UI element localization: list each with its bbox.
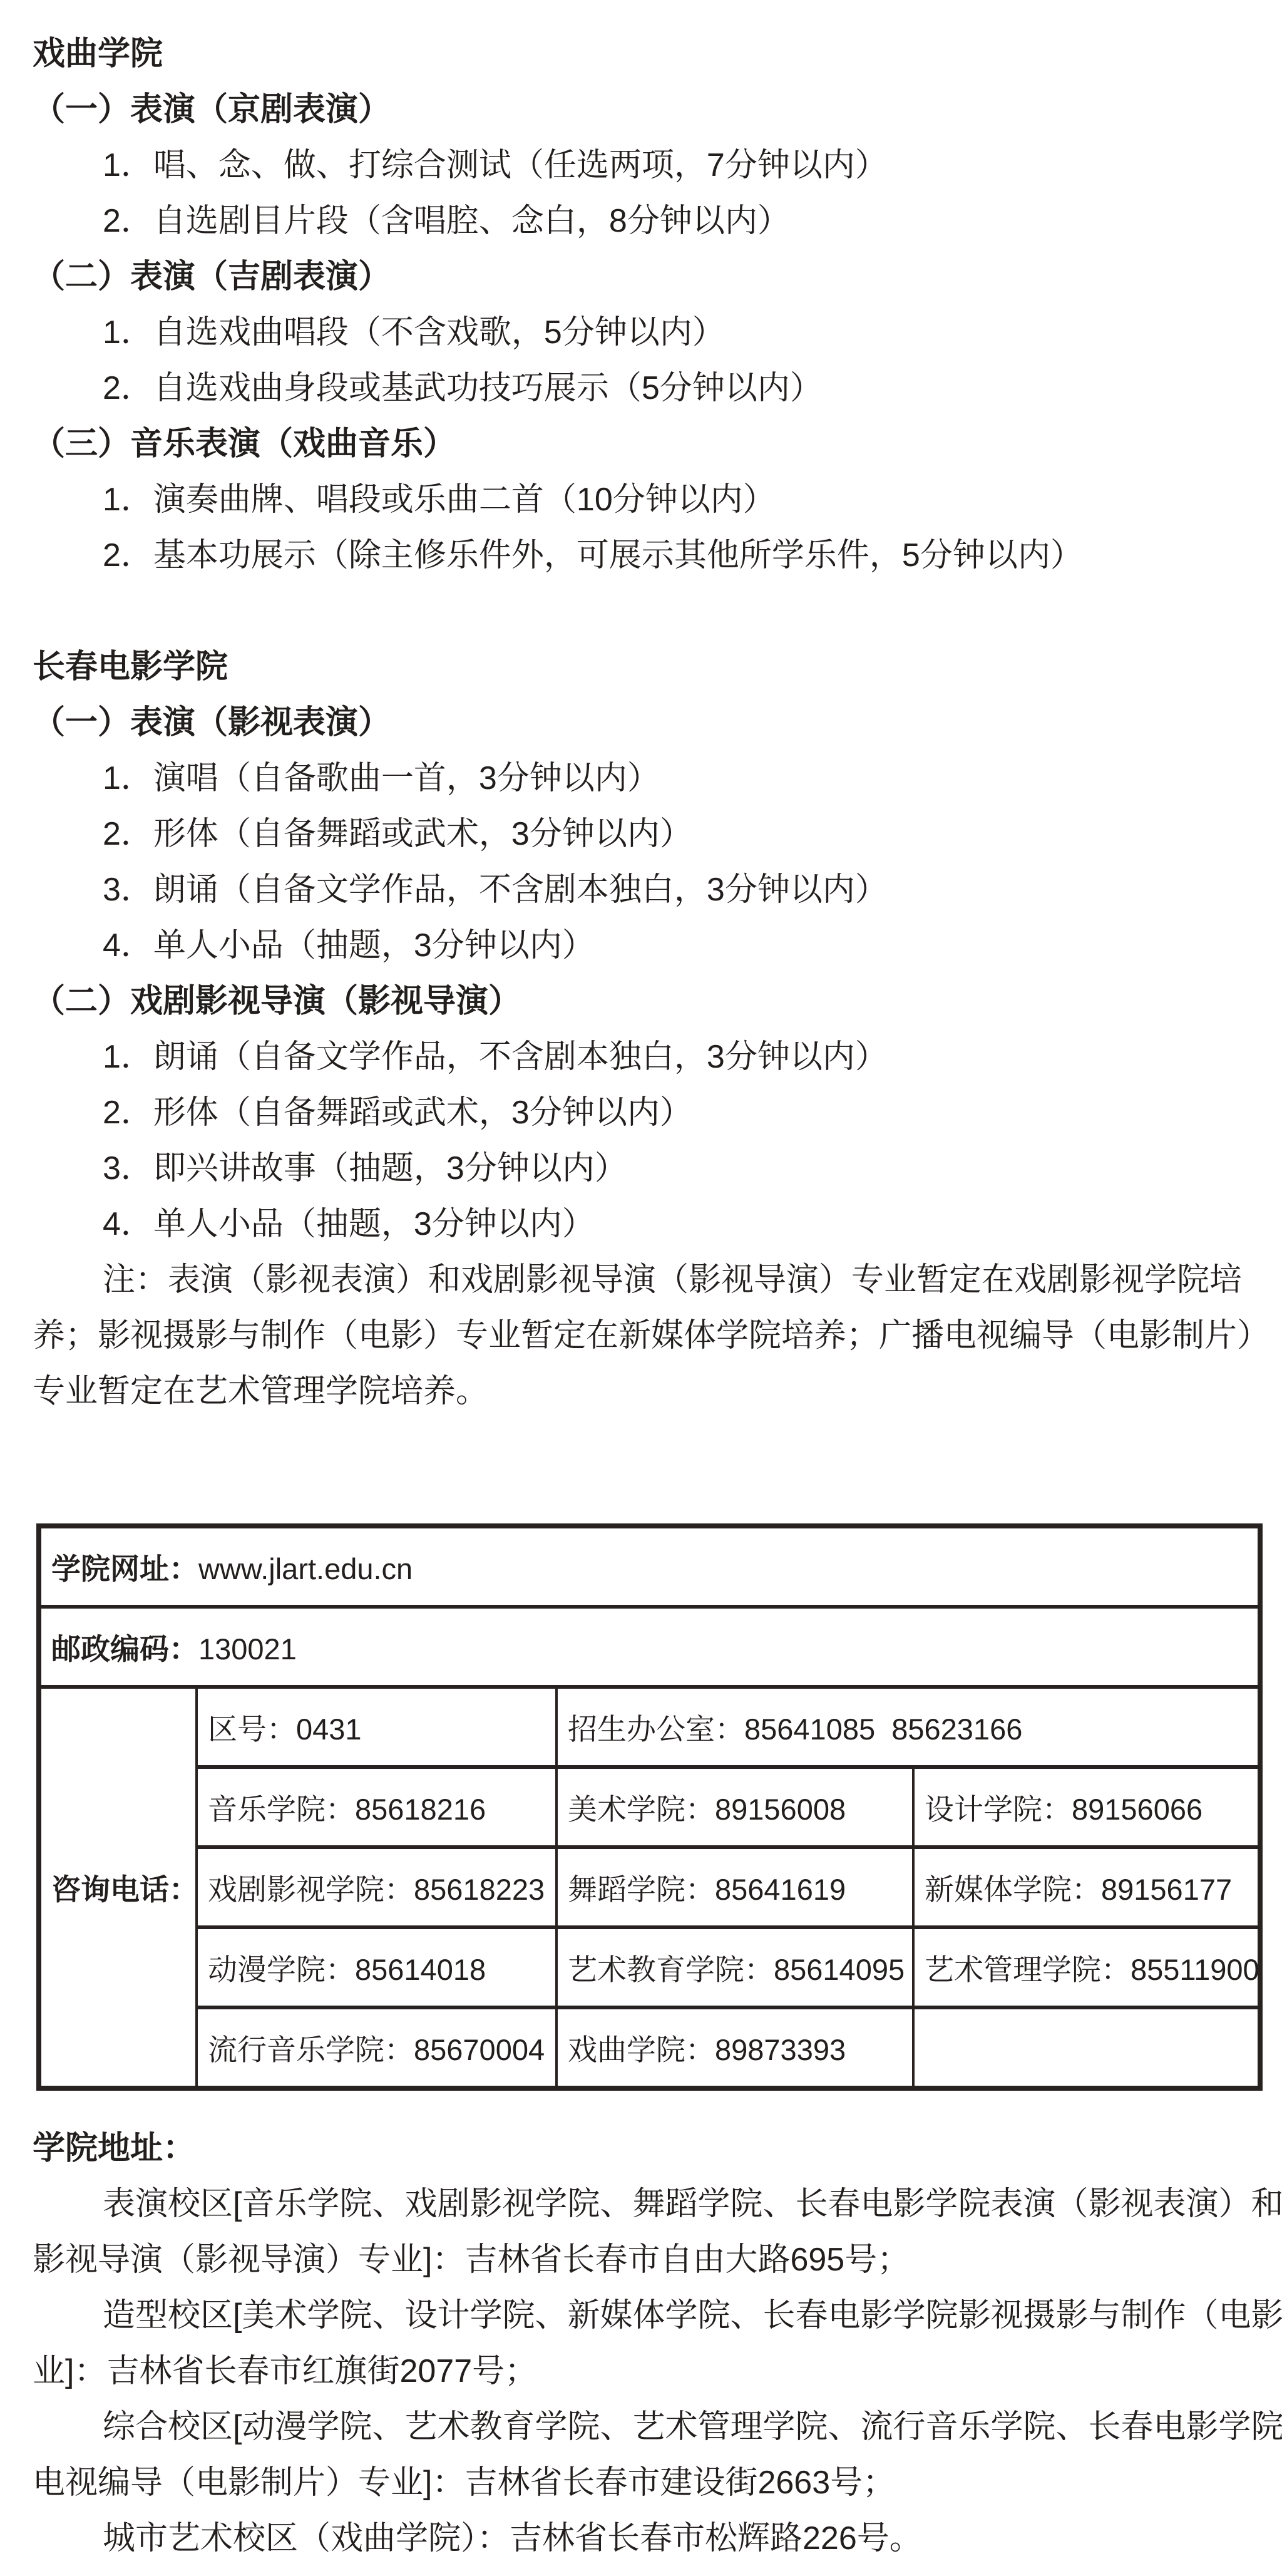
table-cell-phone: 戏曲学院：89873393	[556, 2007, 913, 2088]
list-item: 1．演唱（自备歌曲一首，3分钟以内）	[33, 751, 1247, 806]
website-value: www.jlart.edu.cn	[198, 1552, 413, 1585]
subsection-heading: （一）表演（京剧表演）	[33, 82, 1247, 138]
postcode-label: 邮政编码：	[51, 1632, 198, 1666]
table-cell-phone: 动漫学院：85614018	[197, 1927, 556, 2007]
table-cell-phone: 设计学院：89156066	[913, 1767, 1260, 1847]
table-cell-phone: 艺术管理学院：85511900	[913, 1927, 1260, 2007]
list-item: 1．唱、念、做、打综合测试（任选两项，7分钟以内）	[33, 138, 1247, 193]
address-line: 业]：吉林省长春市红旗街2077号；	[33, 2344, 1247, 2399]
list-item: 1．朗诵（自备文学作品，不含剧本独白，3分钟以内）	[33, 1029, 1247, 1085]
table-cell-phone: 音乐学院：85618216	[197, 1767, 556, 1847]
table-cell-phone: 美术学院：89156008	[556, 1767, 913, 1847]
table-cell-phone: 舞蹈学院：85641619	[556, 1847, 913, 1927]
subsection-heading: （一）表演（影视表演）	[33, 695, 1247, 751]
address-line: 电视编导（电影制片）专业]：吉林省长春市建设街2663号；	[33, 2455, 1247, 2511]
table-row-phones: 咨询电话： 区号：0431 招生办公室：85641085 85623166	[39, 1687, 1260, 1767]
address-line: 造型校区[美术学院、设计学院、新媒体学院、长春电影学院影视摄影与制作（电影）专	[33, 2288, 1247, 2344]
list-item: 2．自选戏曲身段或基武功技巧展示（5分钟以内）	[33, 361, 1247, 416]
list-item: 4．单人小品（抽题，3分钟以内）	[33, 918, 1247, 974]
list-item: 2．形体（自备舞蹈或武术，3分钟以内）	[33, 806, 1247, 862]
phone-label-cell: 咨询电话：	[39, 1687, 197, 2088]
table-cell-empty	[913, 2007, 1260, 2088]
table-row-website: 学院网址：www.jlart.edu.cn	[39, 1526, 1260, 1607]
table-cell-phone: 新媒体学院：89156177	[913, 1847, 1260, 1927]
contact-info-table: 学院网址：www.jlart.edu.cn 邮政编码：130021 咨询电话： …	[36, 1523, 1263, 2091]
table-row-phones: 流行音乐学院：85670004 戏曲学院：89873393	[39, 2007, 1260, 2088]
table-row-postcode: 邮政编码：130021	[39, 1607, 1260, 1687]
address-line: 综合校区[动漫学院、艺术教育学院、艺术管理学院、流行音乐学院、长春电影学院广播	[33, 2399, 1247, 2455]
address-line: 影视导演（影视导演）专业]：吉林省长春市自由大路695号；	[33, 2232, 1247, 2288]
list-item: 2．自选剧目片段（含唱腔、念白，8分钟以内）	[33, 193, 1247, 249]
list-item: 3．即兴讲故事（抽题，3分钟以内）	[33, 1141, 1247, 1197]
table-cell-admissions-office: 招生办公室：85641085 85623166	[556, 1687, 1260, 1767]
table-row-phones: 动漫学院：85614018 艺术教育学院：85614095 艺术管理学院：855…	[39, 1927, 1260, 2007]
note-line: 专业暂定在艺术管理学院培养。	[33, 1364, 1247, 1419]
table-row-phones: 音乐学院：85618216 美术学院：89156008 设计学院：8915606…	[39, 1767, 1260, 1847]
list-item: 3．朗诵（自备文学作品，不含剧本独白，3分钟以内）	[33, 862, 1247, 918]
postcode-value: 130021	[198, 1632, 297, 1666]
table-cell-area-code: 区号：0431	[197, 1687, 556, 1767]
document-page: 戏曲学院 （一）表演（京剧表演） 1．唱、念、做、打综合测试（任选两项，7分钟以…	[0, 0, 1282, 2567]
address-section: 学院地址： 表演校区[音乐学院、戏剧影视学院、舞蹈学院、长春电影学院表演（影视表…	[33, 2121, 1247, 2567]
section-heading: 戏曲学院	[33, 26, 1247, 82]
table-cell-website: 学院网址：www.jlart.edu.cn	[39, 1526, 1260, 1607]
list-item: 2．形体（自备舞蹈或武术，3分钟以内）	[33, 1085, 1247, 1141]
list-item: 1．演奏曲牌、唱段或乐曲二首（10分钟以内）	[33, 472, 1247, 528]
website-label: 学院网址：	[51, 1552, 198, 1585]
subsection-heading: （二）戏剧影视导演（影视导演）	[33, 974, 1247, 1029]
address-line: 表演校区[音乐学院、戏剧影视学院、舞蹈学院、长春电影学院表演（影视表演）和戏剧	[33, 2177, 1247, 2232]
section-heading: 长春电影学院	[33, 639, 1247, 695]
address-line: 城市艺术校区（戏曲学院）：吉林省长春市松辉路226号。	[33, 2511, 1247, 2567]
table-cell-phone: 戏剧影视学院：85618223	[197, 1847, 556, 1927]
table-cell-postcode: 邮政编码：130021	[39, 1607, 1260, 1687]
table-row-phones: 戏剧影视学院：85618223 舞蹈学院：85641619 新媒体学院：8915…	[39, 1847, 1260, 1927]
note-line: 注：表演（影视表演）和戏剧影视导演（影视导演）专业暂定在戏剧影视学院培	[33, 1252, 1247, 1308]
list-item: 1．自选戏曲唱段（不含戏歌，5分钟以内）	[33, 305, 1247, 361]
subsection-heading: （二）表演（吉剧表演）	[33, 249, 1247, 305]
list-item: 4．单人小品（抽题，3分钟以内）	[33, 1197, 1247, 1252]
note-line: 养；影视摄影与制作（电影）专业暂定在新媒体学院培养；广播电视编导（电影制片）	[33, 1308, 1247, 1364]
subsection-heading: （三）音乐表演（戏曲音乐）	[33, 416, 1247, 472]
table-cell-phone: 流行音乐学院：85670004	[197, 2007, 556, 2088]
address-heading: 学院地址：	[33, 2121, 1247, 2177]
list-item: 2．基本功展示（除主修乐件外，可展示其他所学乐件，5分钟以内）	[33, 528, 1247, 584]
table-cell-phone: 艺术教育学院：85614095	[556, 1927, 913, 2007]
